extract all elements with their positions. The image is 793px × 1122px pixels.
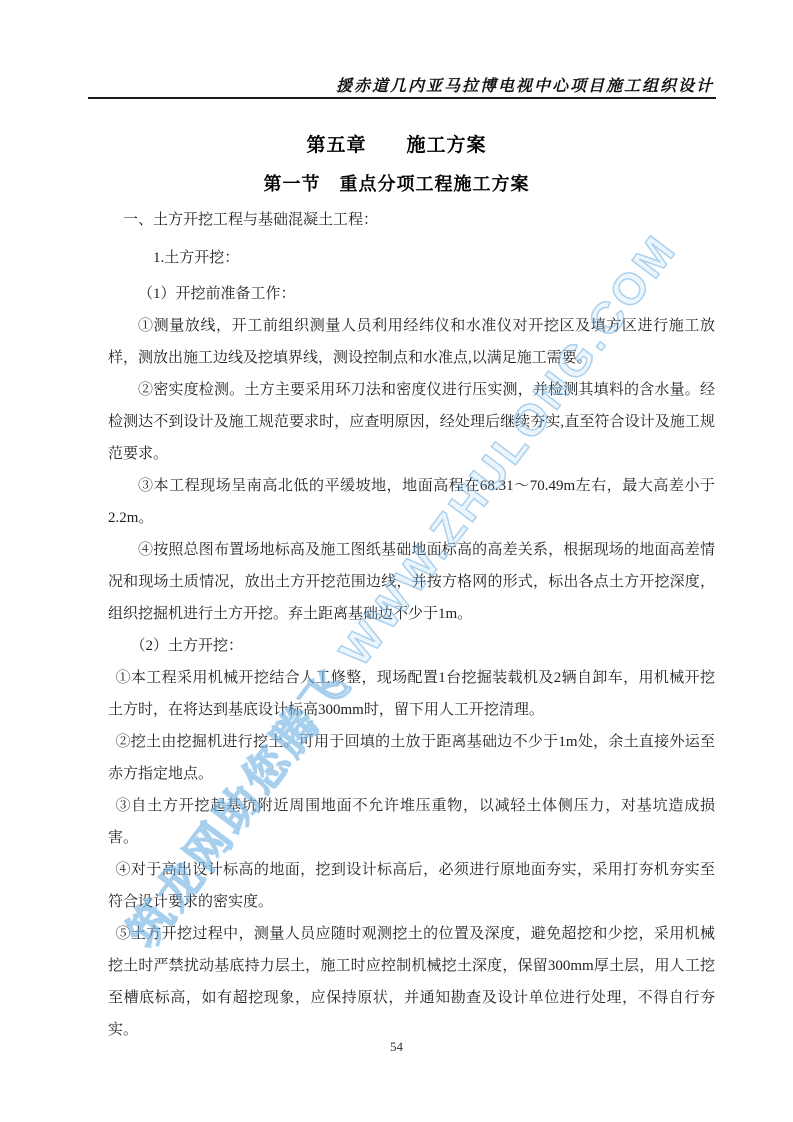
body-paragraph: ①本工程采用机械开挖结合人工修整，现场配置1台挖掘装载机及2辆自卸车，用机械开挖…	[108, 662, 715, 726]
document-body: 一、土方开挖工程与基础混凝土工程： 1.土方开挖： （1）开挖前准备工作： ①测…	[108, 204, 715, 1046]
body-paragraph-heading-1: 一、土方开挖工程与基础混凝土工程：	[108, 204, 715, 236]
body-paragraph: ①测量放线，开工前组织测量人员利用经纬仪和水准仪对开挖区及填方区进行施工放样，测…	[108, 310, 715, 374]
body-paragraph: ③自土方开挖起基坑附近周围地面不允许堆压重物，以减轻土体侧压力，对基坑造成损害。	[108, 790, 715, 854]
body-paragraph-heading-3: （1）开挖前准备工作：	[108, 278, 715, 310]
body-paragraph: ⑤土方开挖过程中，测量人员应随时观测挖土的位置及深度，避免超挖和少挖，采用机械挖…	[108, 918, 715, 1046]
document-page: 筑龙网助您腾飞 WWW.ZHULONG.COM 援赤道几内亚马拉博电视中心项目施…	[0, 0, 793, 1122]
body-paragraph: ②挖土由挖掘机进行挖土。可用于回填的土放于距离基础边不少于1m处，余土直接外运至…	[108, 726, 715, 790]
section-title: 第一节 重点分项工程施工方案	[0, 170, 793, 196]
body-paragraph-heading-4: （2）土方开挖：	[108, 630, 715, 662]
body-paragraph: ③本工程现场呈南高北低的平缓坡地，地面高程在68.31～70.49m左右，最大高…	[108, 470, 715, 534]
body-paragraph-heading-2: 1.土方开挖：	[108, 242, 715, 274]
header-rule	[88, 97, 716, 99]
chapter-title: 第五章 施工方案	[0, 130, 793, 157]
page-header: 援赤道几内亚马拉博电视中心项目施工组织设计	[88, 73, 714, 96]
body-paragraph: ②密实度检测。土方主要采用环刀法和密度仪进行压实测，并检测其填料的含水量。经检测…	[108, 374, 715, 470]
body-paragraph: ④对于高出设计标高的地面，挖到设计标高后，必须进行原地面夯实，采用打夯机夯实至符…	[108, 854, 715, 918]
header-title: 援赤道几内亚马拉博电视中心项目施工组织设计	[336, 78, 714, 95]
body-paragraph: ④按照总图布置场地标高及施工图纸基础地面标高的高差关系，根据现场的地面高差情况和…	[108, 534, 715, 630]
